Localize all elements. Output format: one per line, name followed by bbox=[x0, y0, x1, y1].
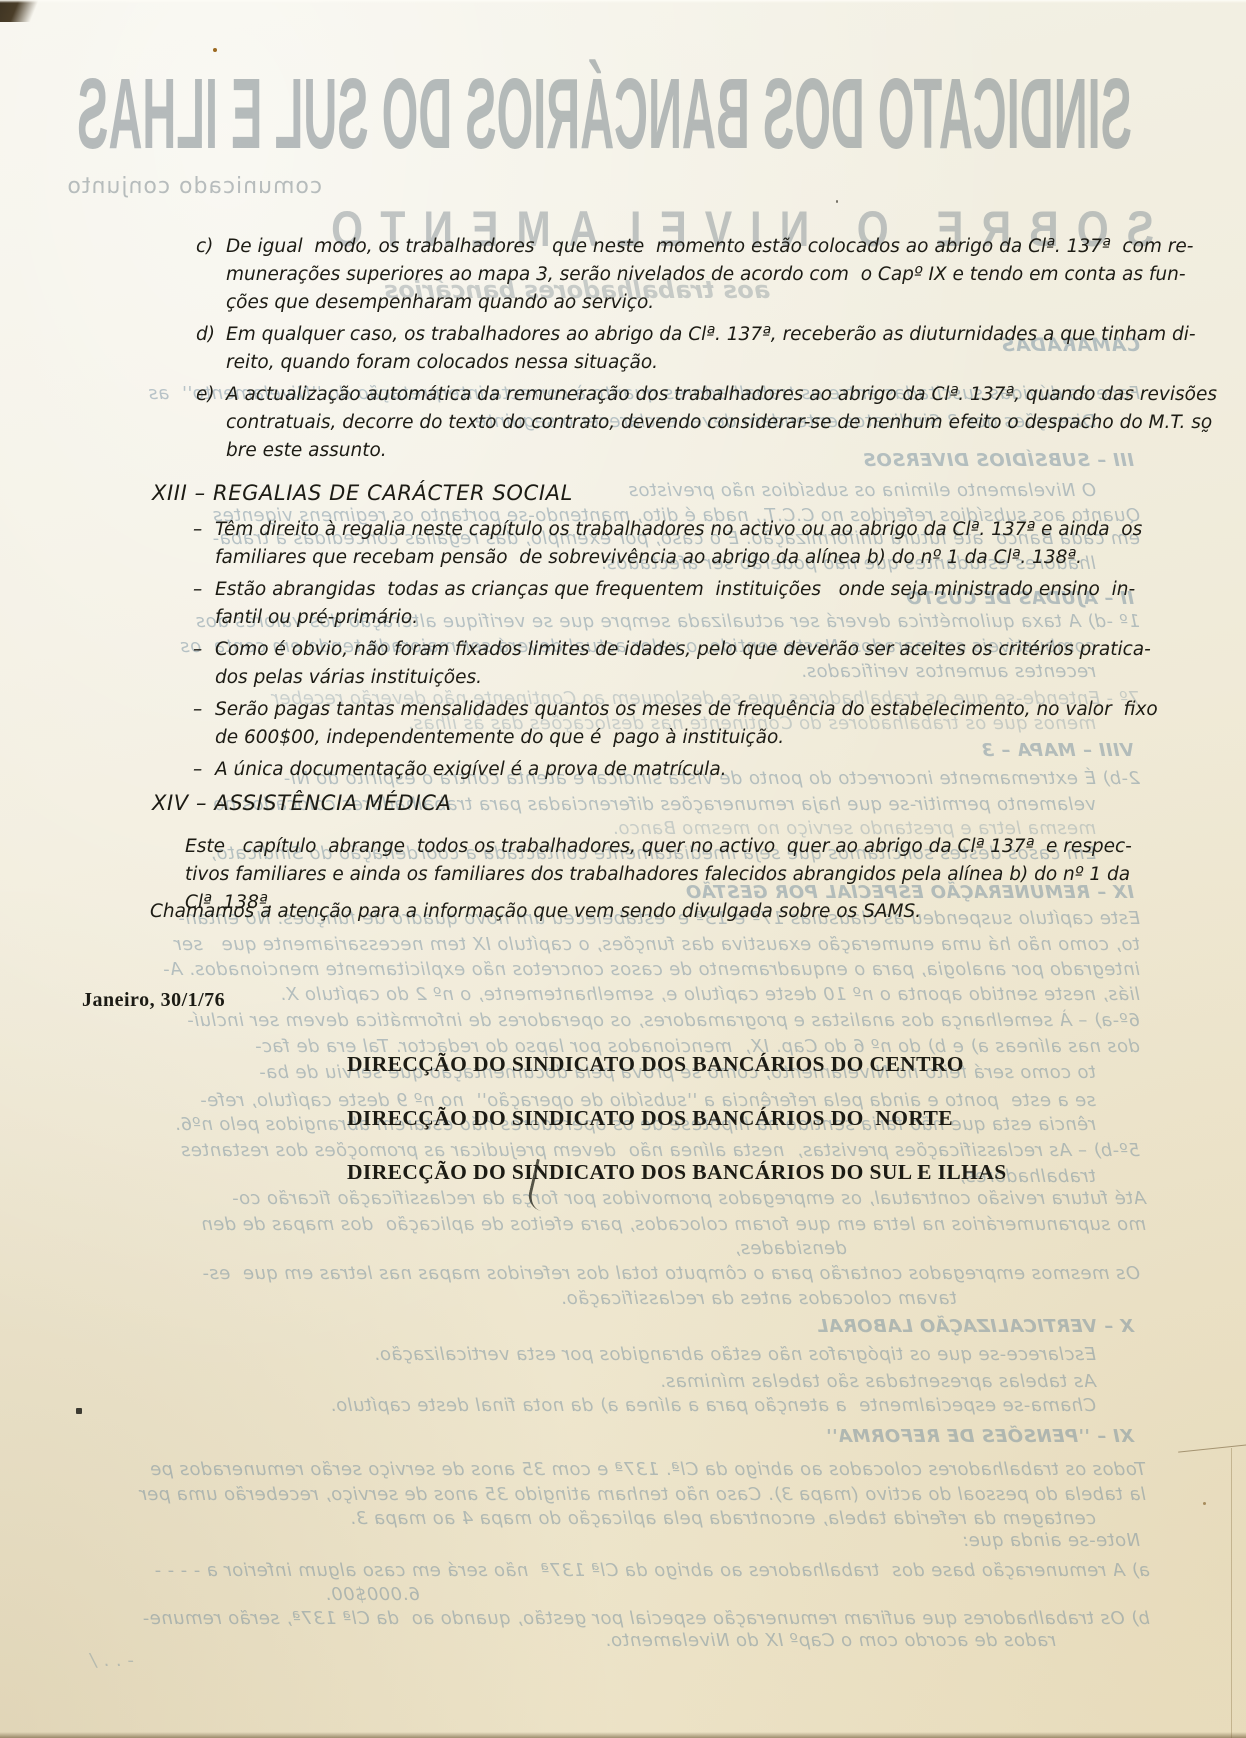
text-line: Têm direito à regalia neste capítulo os … bbox=[215, 516, 1158, 544]
signature-line: DIRECÇÃO DO SINDICATO DOS BANCÁRIOS DO N… bbox=[347, 1104, 1007, 1132]
scanned-document-page: SINDICATO DOS BANCÁRIOS DO SUL E ILHAS c… bbox=[0, 0, 1246, 1738]
bullet-dash: – bbox=[193, 636, 202, 664]
text-line: tivos familiares e ainda os familiares d… bbox=[185, 861, 1132, 889]
alinea-d: d) Em qualquer caso, os trabalhadores ao… bbox=[196, 321, 1217, 377]
bullet-item: – Serão pagas tantas mensalidades quanto… bbox=[193, 696, 1158, 752]
paper-speck bbox=[76, 1408, 82, 1414]
alinea-d-label: d) bbox=[196, 321, 215, 349]
text-line: Como é obvio, não foram fixados limites … bbox=[215, 636, 1158, 664]
text-line: reito, quando foram colocados nessa situ… bbox=[226, 349, 1217, 377]
section-xiii-bullets: – Têm direito à regalia neste capítulo o… bbox=[193, 516, 1158, 784]
alinea-e-label: e) bbox=[196, 381, 215, 409]
text-line: dos pelas várias instituições. bbox=[215, 664, 1158, 692]
bullet-dash: – bbox=[193, 516, 202, 544]
bullet-dash: – bbox=[193, 696, 202, 724]
text-line: Serão pagas tantas mensalidades quantos … bbox=[215, 696, 1158, 724]
paper-speck bbox=[213, 48, 217, 52]
scan-corner-shadow bbox=[0, 0, 54, 22]
section-xiv-heading: XIV – ASSISTÊNCIA MÉDICA bbox=[152, 789, 1132, 817]
text-line: Este capítulo abrange todos os trabalhad… bbox=[185, 833, 1132, 861]
paper-speck bbox=[836, 200, 838, 203]
text-line: ções que desempenharam quando ao serviço… bbox=[226, 289, 1217, 317]
paper-speck bbox=[1203, 1502, 1206, 1505]
scan-bottom-edge bbox=[0, 1732, 1246, 1738]
bullet-item: – Estão abrangidas todas as crianças que… bbox=[193, 576, 1158, 632]
signatures-block: DIRECÇÃO DO SINDICATO DOS BANCÁRIOS DO C… bbox=[347, 1050, 1007, 1212]
closing-note: Chamamos a atenção para a informação que… bbox=[150, 898, 921, 926]
alinea-c-label: c) bbox=[196, 233, 213, 261]
alinea-c: c) De igual modo, os trabalhadores que n… bbox=[196, 233, 1217, 317]
section-xiii: XIII – REGALIAS DE CARÁCTER SOCIAL – Têm… bbox=[152, 479, 1158, 788]
text-line: Estão abrangidas todas as crianças que f… bbox=[215, 576, 1158, 604]
scan-top-edge bbox=[0, 0, 1246, 3]
alinea-e: e) A actualização automática da remunera… bbox=[196, 381, 1217, 465]
bullet-dash: – bbox=[193, 756, 202, 784]
text-line: bre este assunto. bbox=[226, 437, 1217, 465]
bullet-dash: – bbox=[193, 576, 202, 604]
text-line: A única documentação exigível é a prova … bbox=[215, 756, 1158, 784]
text-line: De igual modo, os trabalhadores que nest… bbox=[226, 233, 1217, 261]
text-line: de 600$00, independentemente do que é pa… bbox=[215, 724, 1158, 752]
text-line: contratuais, decorre do texto do contrat… bbox=[226, 409, 1217, 437]
date-line: Janeiro, 30/1/76 bbox=[82, 986, 225, 1014]
bullet-item: – A única documentação exigível é a prov… bbox=[193, 756, 1158, 784]
text-line: fantil ou pré-primário. bbox=[215, 604, 1158, 632]
bullet-item: – Têm direito à regalia neste capítulo o… bbox=[193, 516, 1158, 572]
page-content: c) De igual modo, os trabalhadores que n… bbox=[0, 0, 1246, 1738]
signature-line: DIRECÇÃO DO SINDICATO DOS BANCÁRIOS DO C… bbox=[347, 1050, 1007, 1078]
text-line: familiares que recebam pensão de sobrevi… bbox=[215, 544, 1158, 572]
paper-crease-vertical bbox=[1231, 1448, 1232, 1738]
text-line: munerações superiores ao mapa 3, serão n… bbox=[226, 261, 1217, 289]
text-line: Em qualquer caso, os trabalhadores ao ab… bbox=[226, 321, 1217, 349]
bullet-item: – Como é obvio, não foram fixados limite… bbox=[193, 636, 1158, 692]
signature-line: DIRECÇÃO DO SINDICATO DOS BANCÁRIOS DO S… bbox=[347, 1158, 1007, 1186]
alineas-block: c) De igual modo, os trabalhadores que n… bbox=[196, 233, 1217, 469]
section-xiii-heading: XIII – REGALIAS DE CARÁCTER SOCIAL bbox=[152, 479, 1158, 507]
text-line: A actualização automática da remuneração… bbox=[226, 381, 1217, 409]
